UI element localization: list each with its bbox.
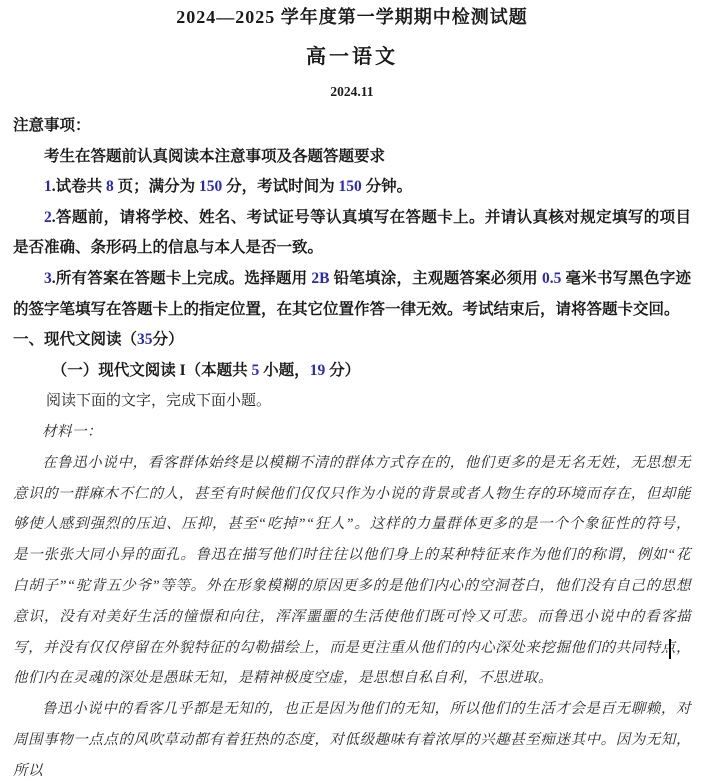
text-cursor bbox=[669, 639, 671, 659]
notice-item-3: 3.所有答案在答题卡上完成。选择题用 2B 铅笔填涂，主观题答案必须用 0.5 … bbox=[13, 264, 691, 325]
exam-paper-page: 2024—2025 学年度第一学期期中检测试题 高一语文 2024.11 注意事… bbox=[0, 0, 701, 780]
material-paragraph-1: 在鲁迅小说中，看客群体始终是以模糊不清的群体方式存在的，他们更多的是无名无姓，无… bbox=[13, 448, 691, 694]
material-paragraph-2: 鲁迅小说中的看客几乎都是无知的，也正是因为他们的无知，所以他们的生活才会是百无聊… bbox=[13, 694, 691, 780]
material-label: 材料一： bbox=[13, 417, 691, 448]
notice-item-1: 1.试卷共 8 页；满分为 150 分，考试时间为 150 分钟。 bbox=[13, 172, 691, 203]
material-one: 材料一： 在鲁迅小说中，看客群体始终是以模糊不清的群体方式存在的，他们更多的是无… bbox=[13, 417, 691, 780]
exam-subject: 高一语文 bbox=[13, 44, 691, 70]
section-headings: 一、现代文阅读（35分） （一）现代文阅读 I（本题共 5 小题，19 分） bbox=[13, 325, 691, 386]
section-heading: 一、现代文阅读（35分） bbox=[13, 325, 691, 356]
exam-title: 2024—2025 学年度第一学期期中检测试题 bbox=[13, 4, 691, 30]
exam-date: 2024.11 bbox=[13, 83, 691, 101]
reading-instruction: 阅读下面的文字，完成下面小题。 bbox=[13, 386, 691, 417]
notice-item-2: 2.答题前，请将学校、姓名、考试证号等认真填写在答题卡上。并请认真核对规定填写的… bbox=[13, 203, 691, 264]
notice-section: 注意事项： 考生在答题前认真阅读本注意事项及各题答题要求 1.试卷共 8 页；满… bbox=[13, 111, 691, 325]
notice-intro: 考生在答题前认真阅读本注意事项及各题答题要求 bbox=[13, 142, 691, 173]
section-subheading: （一）现代文阅读 I（本题共 5 小题，19 分） bbox=[13, 356, 691, 387]
notice-label: 注意事项： bbox=[13, 111, 691, 142]
